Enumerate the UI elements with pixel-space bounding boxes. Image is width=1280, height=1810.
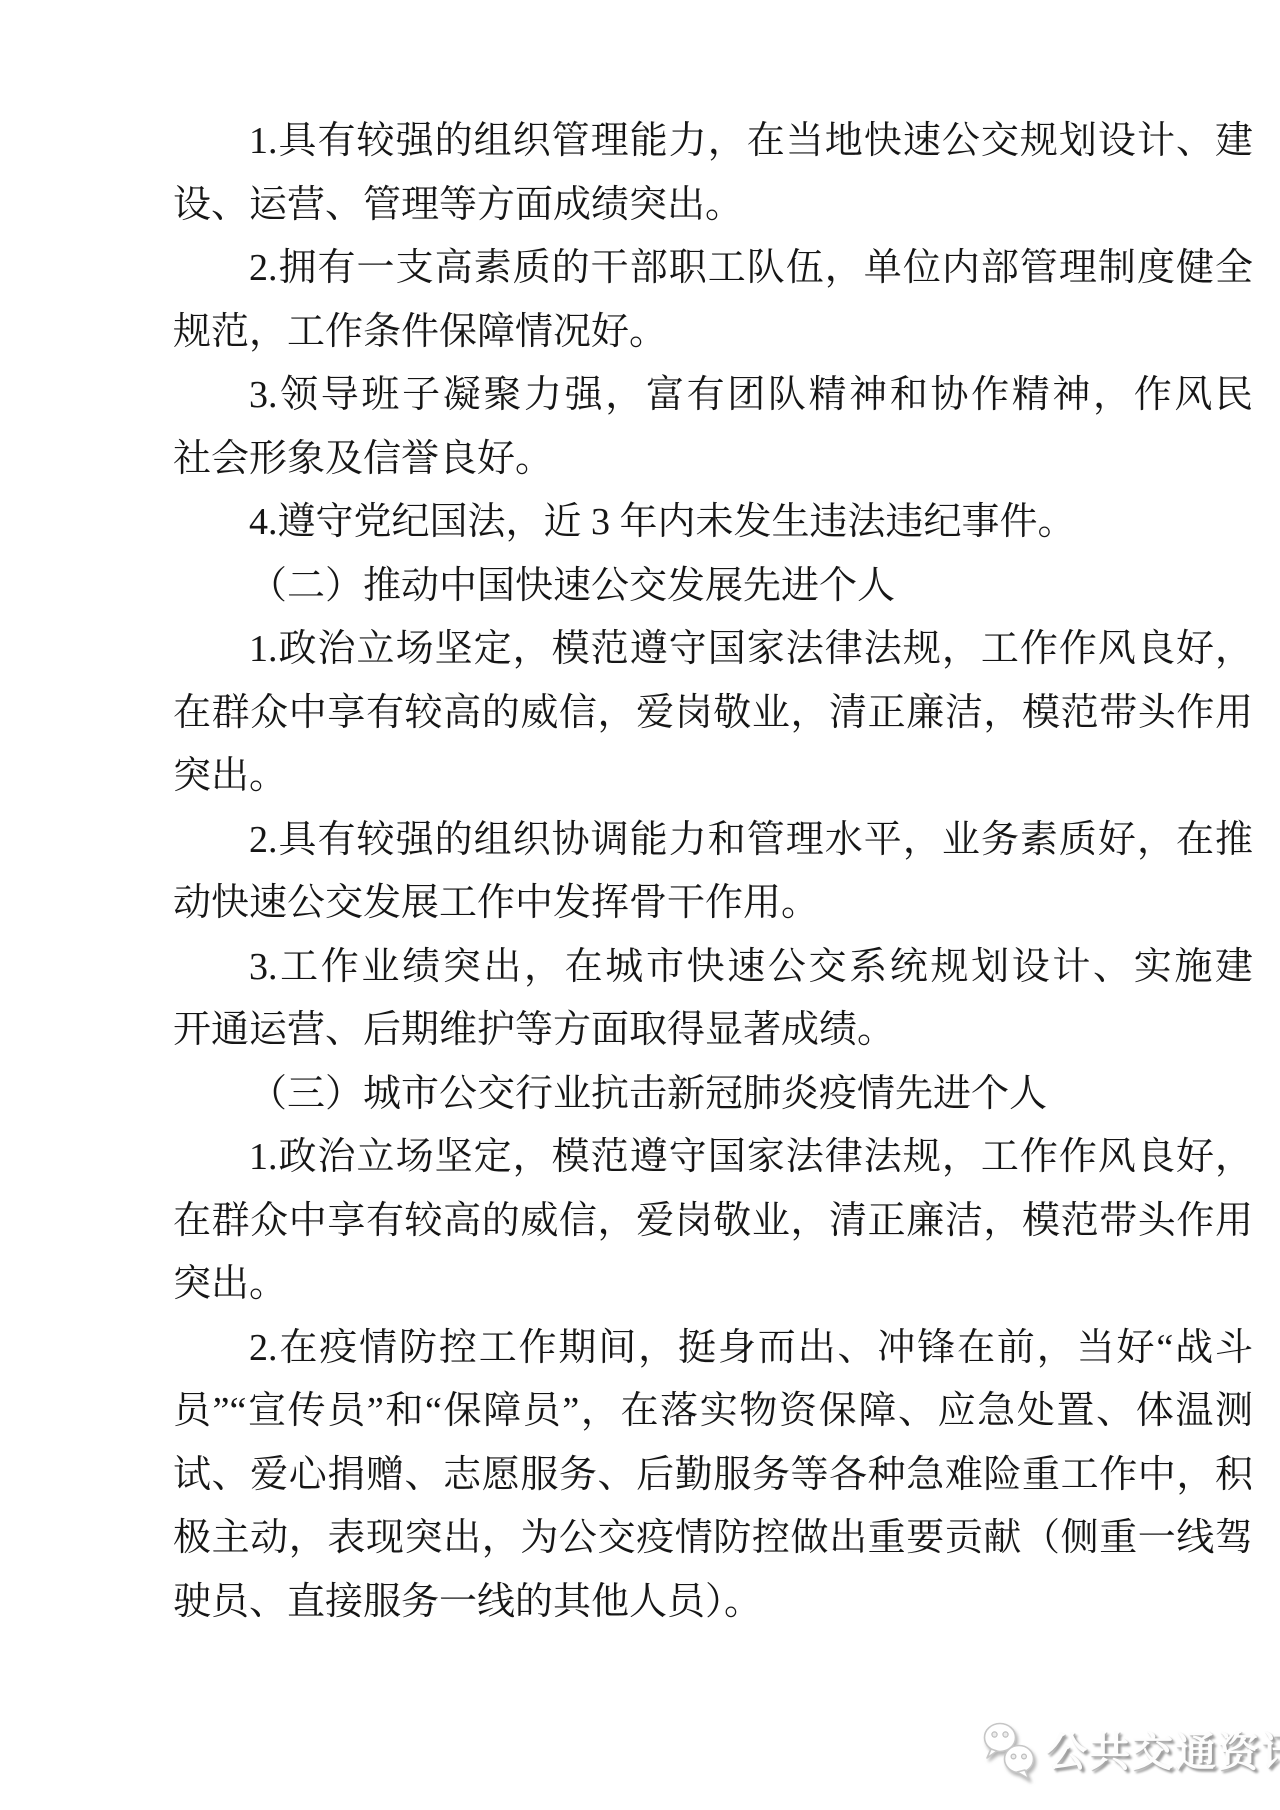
text-line: 驶员、直接服务一线的其他人员）。 (173, 1571, 1253, 1635)
text-line: 在群众中享有较高的威信，爱岗敬业，清正廉洁，模范带头作用 (173, 1190, 1253, 1254)
wechat-icon (983, 1722, 1039, 1782)
text-line: （二）推动中国快速公交发展先进个人 (173, 555, 1253, 619)
document-page: 1.具有较强的组织管理能力，在当地快速公交规划设计、建设、运营、管理等方面成绩突… (0, 0, 1280, 1810)
text-line: 2.具有较强的组织协调能力和管理水平，业务素质好，在推 (173, 809, 1253, 873)
text-line: 1.具有较强的组织管理能力，在当地快速公交规划设计、建 (173, 110, 1253, 174)
text-line: 2.在疫情防控工作期间，挺身而出、冲锋在前，当好“战斗 (173, 1317, 1253, 1381)
text-line: 试、爱心捐赠、志愿服务、后勤服务等各种急难险重工作中，积 (173, 1444, 1253, 1508)
text-line: 规范，工作条件保障情况好。 (173, 301, 1253, 365)
text-line: 社会形象及信誉良好。 (173, 428, 1253, 492)
text-line: 极主动，表现突出，为公交疫情防控做出重要贡献（侧重一线驾 (173, 1507, 1253, 1571)
text-line: 设、运营、管理等方面成绩突出。 (173, 174, 1253, 238)
text-line: 1.政治立场坚定，模范遵守国家法律法规，工作作风良好， (173, 618, 1253, 682)
text-line: 4.遵守党纪国法，近 3 年内未发生违法违纪事件。 (173, 491, 1253, 555)
brand-name: 公共交通资讯 (1046, 1732, 1280, 1773)
text-line: 开通运营、后期维护等方面取得显著成绩。 (173, 999, 1253, 1063)
text-line: 动快速公交发展工作中发挥骨干作用。 (173, 872, 1253, 936)
document-body: 1.具有较强的组织管理能力，在当地快速公交规划设计、建设、运营、管理等方面成绩突… (173, 110, 1253, 1634)
text-line: 3.工作业绩突出，在城市快速公交系统规划设计、实施建设、 (173, 936, 1253, 1000)
text-line: 突出。 (173, 1253, 1253, 1317)
brand-watermark: 公共交通资讯 (983, 1722, 1280, 1782)
text-line: 1.政治立场坚定，模范遵守国家法律法规，工作作风良好， (173, 1126, 1253, 1190)
text-line: 在群众中享有较高的威信，爱岗敬业，清正廉洁，模范带头作用 (173, 682, 1253, 746)
text-line: （三）城市公交行业抗击新冠肺炎疫情先进个人 (173, 1063, 1253, 1127)
text-line: 3.领导班子凝聚力强，富有团队精神和协作精神，作风民主， (173, 364, 1253, 428)
text-line: 突出。 (173, 745, 1253, 809)
text-line: 员”“宣传员”和“保障员”，在落实物资保障、应急处置、体温测 (173, 1380, 1253, 1444)
text-line: 2.拥有一支高素质的干部职工队伍，单位内部管理制度健全 (173, 237, 1253, 301)
